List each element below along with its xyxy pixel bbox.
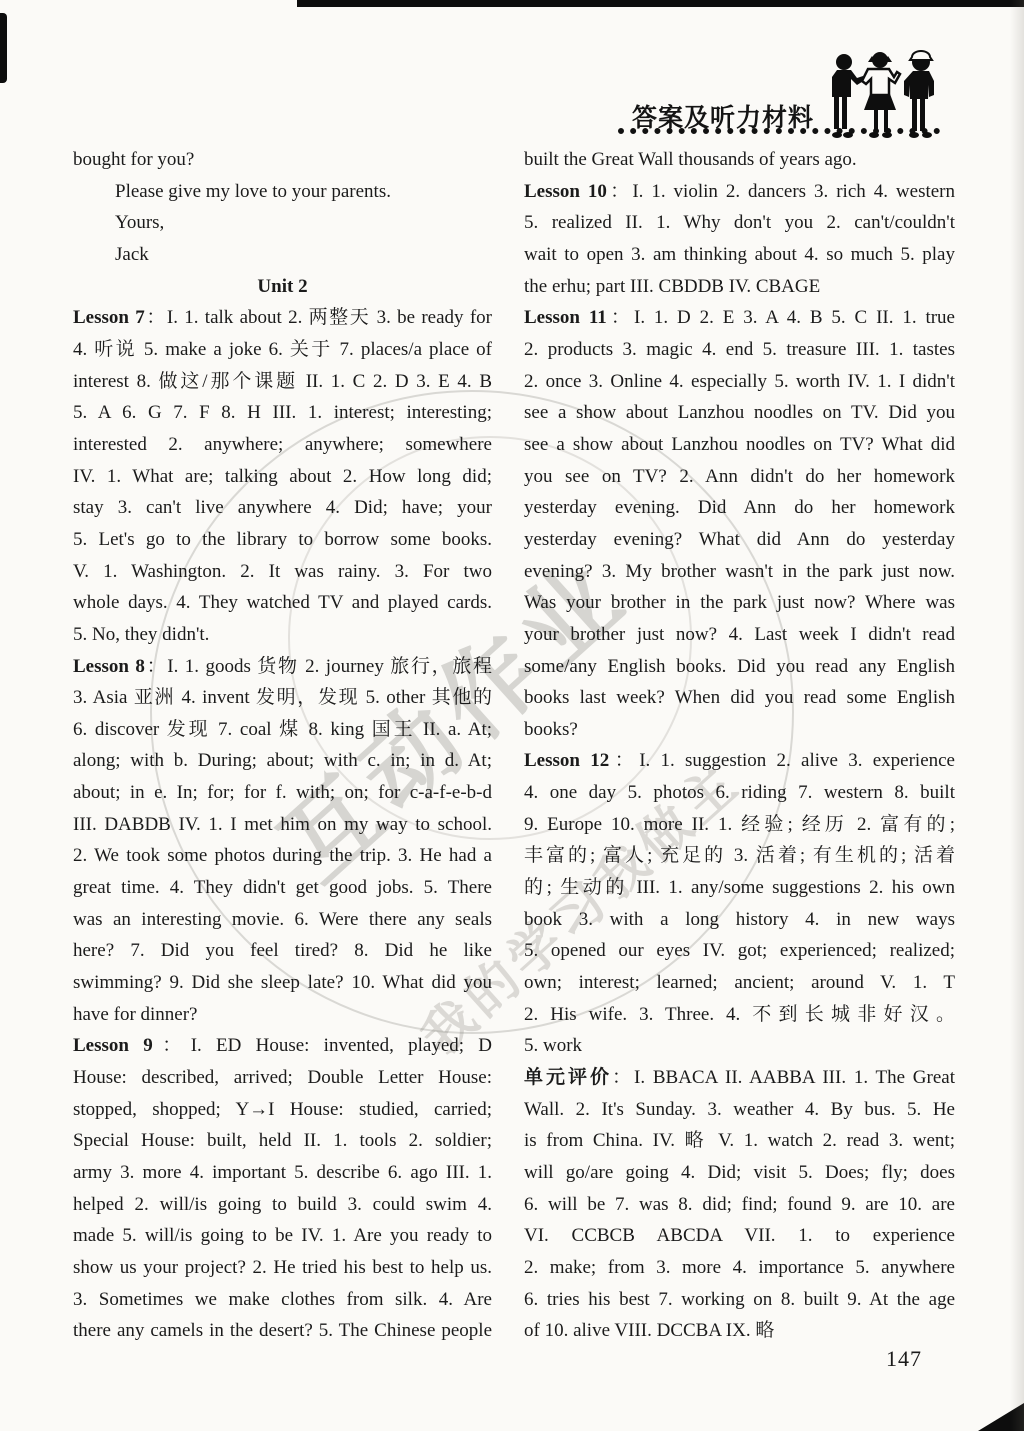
text-line: some/any English books. Did you read any… — [524, 651, 955, 683]
text-line: own; interest; learned; ancient; around … — [524, 967, 955, 999]
text-line: 2. products 3. magic 4. end 5. treasure … — [524, 334, 955, 366]
text-line: yesterday evening? What did Ann do yeste… — [524, 524, 955, 556]
left-edge-smudge — [0, 13, 7, 83]
text-line: 6. tries his best 7. working on 8. built… — [524, 1284, 955, 1316]
text-line: 单元评价：I. BBACA II. AABBA III. 1. The Grea… — [524, 1062, 955, 1094]
text-line: 3. Sometimes we make clothes from silk. … — [73, 1284, 492, 1316]
text-line: III. DABDB IV. 1. I met him on my way to… — [73, 809, 492, 841]
text-line: interest 8. 做这/那个课题 II. 1. C 2. D 3. E 4… — [73, 366, 492, 398]
section-label: Lesson 9 — [73, 1035, 153, 1056]
text-line: 5. Let's go to the library to borrow som… — [73, 524, 492, 556]
text-line: 4. one day 5. photos 6. riding 7. wester… — [524, 777, 955, 809]
text-line: 9. Europe 10. more II. 1. 经验; 经历 2. 富有的; — [524, 809, 955, 841]
text-line: Lesson 9：I. ED House: invented, played; … — [73, 1030, 492, 1062]
text-line: V. 1. Washington. 2. It was rainy. 3. Fo… — [73, 556, 492, 588]
text-line: evening? 3. My brother wasn't in the par… — [524, 556, 955, 588]
text-line: swimming? 9. Did she sleep late? 10. Wha… — [73, 967, 492, 999]
text-line: army 3. more 4. important 5. describe 6.… — [73, 1157, 492, 1189]
text-line: along; with b. During; about; with c. in… — [73, 745, 492, 777]
text-line: there any camels in the desert? 5. The C… — [73, 1315, 492, 1347]
text-line: Jack — [73, 239, 492, 271]
section-label: Lesson 7 — [73, 307, 145, 328]
text-line: built the Great Wall thousands of years … — [524, 144, 955, 176]
text-line: VI. CCBCB ABCDA VII. 1. to experience — [524, 1220, 955, 1252]
text-line: Lesson 8：I. 1. goods 货物 2. journey 旅行，旅程 — [73, 651, 492, 683]
text-line: Lesson 10：I. 1. violin 2. dancers 3. ric… — [524, 176, 955, 208]
text-line: 5. A 6. G 7. F 8. H III. 1. interest; in… — [73, 397, 492, 429]
text-line: Special House: built, held II. 1. tools … — [73, 1125, 492, 1157]
text-line: you see on TV? 2. Ann didn't do her home… — [524, 461, 955, 493]
text-line: interested 2. anywhere; anywhere; somewh… — [73, 429, 492, 461]
scanned-answer-page: 互动作业 我的学习我做主 答案及听力材料 — [0, 0, 1024, 1431]
section-label: 单元评价 — [524, 1067, 612, 1088]
text-line: 5. No, they didn't. — [73, 619, 492, 651]
text-line: stay 3. can't live anywhere 4. Did; have… — [73, 492, 492, 524]
text-line: yesterday evening. Did Ann do her homewo… — [524, 492, 955, 524]
section-label: Lesson 8 — [73, 656, 145, 677]
text-line: 2. once 3. Online 4. especially 5. worth… — [524, 366, 955, 398]
left-column: bought for you?Please give my love to yo… — [73, 144, 492, 1347]
section-label: Lesson 10 — [524, 181, 607, 202]
text-line: whole days. 4. They watched TV and playe… — [73, 587, 492, 619]
text-line: 6. will be 7. was 8. did; find; found 9.… — [524, 1189, 955, 1221]
text-line: Was your brother in the park just now? W… — [524, 587, 955, 619]
right-edge-shadow — [1010, 0, 1024, 1431]
text-line: see a show about Lanzhou noodles on TV? … — [524, 429, 955, 461]
text-line: show us your project? 2. He tried his be… — [73, 1252, 492, 1284]
text-line: 丰富的; 富人; 充足的 3. 活着; 有生机的; 活着 — [524, 840, 955, 872]
right-column: built the Great Wall thousands of years … — [524, 144, 955, 1347]
section-label: Lesson 12 — [524, 750, 609, 771]
text-line: Lesson 11：I. 1. D 2. E 3. A 4. B 5. C II… — [524, 302, 955, 334]
text-line: 6. discover 发现 7. coal 煤 8. king 国王 II. … — [73, 714, 492, 746]
text-line: bought for you? — [73, 144, 492, 176]
text-line: about; in e. In; for; for f. with; on; f… — [73, 777, 492, 809]
text-line: Please give my love to your parents. — [73, 176, 492, 208]
text-line: 2. make; from 3. more 4. importance 5. a… — [524, 1252, 955, 1284]
text-line: book 3. with a long history 4. in new wa… — [524, 904, 955, 936]
text-line: Lesson 12：I. 1. suggestion 2. alive 3. e… — [524, 745, 955, 777]
text-line: 4. 听说 5. make a joke 6. 关于 7. places/a p… — [73, 334, 492, 366]
text-line: the erhu; part III. CBDDB IV. CBAGE — [524, 271, 955, 303]
text-line: Yours, — [73, 207, 492, 239]
text-line: have for dinner? — [73, 999, 492, 1031]
text-line: here? 7. Did you feel tired? 8. Did he l… — [73, 935, 492, 967]
text-line: books? — [524, 714, 955, 746]
text-line: wait to open 3. am thinking about 4. so … — [524, 239, 955, 271]
text-line: 5. work — [524, 1030, 955, 1062]
text-line: IV. 1. What are; talking about 2. How lo… — [73, 461, 492, 493]
text-line: helped 2. will/is going to build 3. coul… — [73, 1189, 492, 1221]
text-line: Unit 2 — [73, 271, 492, 303]
section-label: Lesson 11 — [524, 307, 607, 328]
text-line: 2. His wife. 3. Three. 4. 不到长城非好汉。 — [524, 999, 955, 1031]
text-line: Wall. 2. It's Sunday. 3. weather 4. By b… — [524, 1094, 955, 1126]
text-line: stopped, shopped; Y→I House: studied, ca… — [73, 1094, 492, 1126]
text-line: 5. realized II. 1. Why don't you 2. can'… — [524, 207, 955, 239]
text-line: see a show about Lanzhou noodles on TV. … — [524, 397, 955, 429]
students-silhouette-icon — [828, 48, 940, 140]
text-line: Lesson 7：I. 1. talk about 2. 两整天 3. be r… — [73, 302, 492, 334]
text-line: great time. 4. They didn't get good jobs… — [73, 872, 492, 904]
text-line: made 5. will/is going to be IV. 1. Are y… — [73, 1220, 492, 1252]
page-number: 147 — [886, 1346, 922, 1372]
text-line: is from China. IV. 略 V. 1. watch 2. read… — [524, 1125, 955, 1157]
text-line: 的; 生动的 III. 1. any/some suggestions 2. h… — [524, 872, 955, 904]
text-line: was an interesting movie. 6. Were there … — [73, 904, 492, 936]
text-line: 2. We took some photos during the trip. … — [73, 840, 492, 872]
text-line: of 10. alive VIII. DCCBA IX. 略 — [524, 1315, 955, 1347]
text-line: will go/are going 4. Did; visit 5. Does;… — [524, 1157, 955, 1189]
text-line: House: described, arrived; Double Letter… — [73, 1062, 492, 1094]
text-line: your brother just now? 4. Last week I di… — [524, 619, 955, 651]
text-line: 5. opened our eyes IV. got; experienced;… — [524, 935, 955, 967]
text-line: books last week? When did you read some … — [524, 682, 955, 714]
section-label: Unit 2 — [257, 276, 307, 297]
text-line: 3. Asia 亚洲 4. invent 发明，发现 5. other 其他的 — [73, 682, 492, 714]
top-scan-bar — [297, 0, 1024, 7]
